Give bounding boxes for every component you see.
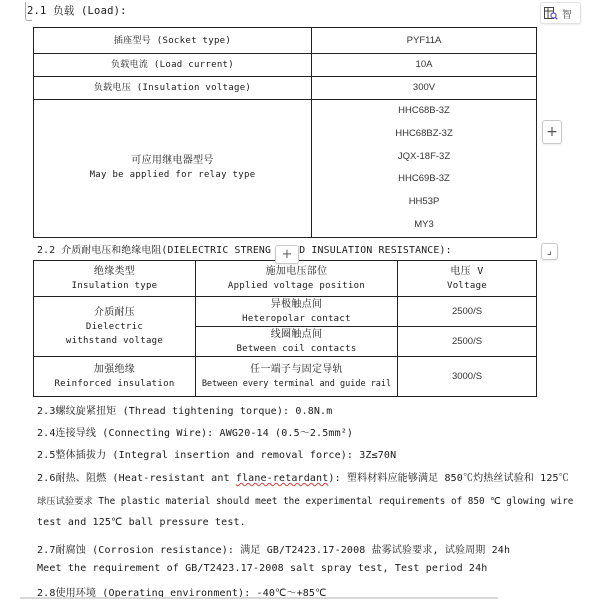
load-current-label: 负载电流 (Load current): [34, 54, 312, 77]
reinforced-type-cell: 加强绝缘 Reinforced insulation: [34, 357, 196, 397]
relay-type-item: JQX-18F-3Z: [312, 146, 536, 169]
header-cn: 绝缘类型: [34, 265, 195, 279]
smart-tool-button[interactable]: 智: [540, 2, 581, 24]
section-2-2-heading-pre: 2.2 介质耐电压和绝缘电阻(DIELECTRIC STRENG: [37, 245, 271, 256]
header-cn: 施加电压部位: [196, 265, 397, 279]
position-en: Heteropolar contact: [196, 312, 397, 326]
position-cn: 任一端子与固定导轨: [196, 363, 397, 377]
load-current-value: 10A: [312, 54, 537, 77]
paragraph-2-7-line-2: Meet the requirement of GB/T2423.17-2008…: [37, 563, 487, 574]
relay-type-item: MY3: [312, 214, 536, 237]
relay-type-label-cn: 可应用继电器型号: [34, 154, 311, 168]
table-row: 负载电流 (Load current) 10A: [34, 54, 537, 77]
paragraph-2-5: 2.5整体插拔力 (Integral insertion and removal…: [37, 446, 396, 461]
header-applied-voltage-position: 施加电压部位 Applied voltage position: [196, 261, 398, 297]
dielectric-type-cn: 介质耐压: [34, 306, 195, 320]
relay-type-list: HHC68B-3Z HHC68BZ-3Z JQX-18F-3Z HHC69B-3…: [312, 100, 537, 238]
paragraph-2-7-line-1: 2.7耐腐蚀 (Corrosion resistance): 满足 GB/T24…: [37, 541, 510, 556]
relay-type-item: HH53P: [312, 191, 536, 214]
paragraph-text: ): 塑料材料应能够满足 850℃灼热丝试验和 125℃: [328, 473, 568, 484]
dielectric-type-cell: 介质耐压 Dielectric withstand voltage: [34, 297, 196, 357]
relay-type-item: HHC68B-3Z: [312, 100, 536, 123]
paragraph-text: 2.6耐热、阻燃 (Heat-resistant ant: [37, 473, 236, 484]
dielectric-table: 绝缘类型 Insulation type 施加电压部位 Applied volt…: [33, 260, 537, 397]
load-table: 插座型号 (Socket type) PYF11A 负载电流 (Load cur…: [33, 27, 537, 238]
position-terminal-guide-rail: 任一端子与固定导轨 Between every terminal and gui…: [196, 357, 398, 397]
header-en: Insulation type: [34, 279, 195, 293]
dielectric-type-en-2: withstand voltage: [34, 334, 195, 348]
table-header-row: 绝缘类型 Insulation type 施加电压部位 Applied volt…: [34, 261, 537, 297]
position-cn: 线圈触点间: [196, 328, 397, 342]
reinforced-type-cn: 加强绝缘: [34, 363, 195, 377]
header-en: Voltage: [398, 279, 536, 293]
resize-corner-icon: ⌟: [547, 246, 552, 257]
relay-type-item: HHC68BZ-3Z: [312, 123, 536, 146]
dielectric-type-en-1: Dielectric: [34, 320, 195, 334]
table-row: 加强绝缘 Reinforced insulation 任一端子与固定导轨 Bet…: [34, 357, 537, 397]
header-cn: 电压 V: [398, 265, 536, 279]
paragraph-2-6-line-3: test and 125℃ ball pressure test.: [37, 517, 246, 528]
table-row: 负载电压 (Insulation voltage) 300V: [34, 77, 537, 100]
smart-tool-label: 智: [562, 6, 572, 21]
paragraph-2-3: 2.3螺纹旋紧扭矩 (Thread tightening torque): 0.…: [37, 402, 332, 417]
page-bottom-edge: [20, 597, 498, 599]
add-row-button[interactable]: +: [542, 120, 562, 144]
header-insulation-type: 绝缘类型 Insulation type: [34, 261, 196, 297]
section-2-2-heading: 2.2 介质耐电压和绝缘电阻(DIELECTRIC STRENGND INSUL…: [37, 242, 452, 256]
table-resize-handle[interactable]: ⌟: [541, 243, 558, 260]
insert-column-button[interactable]: +: [275, 245, 299, 264]
section-2-2-heading-post: ND INSULATION RESISTANCE):: [293, 245, 452, 256]
section-2-1-heading: 2.1 负载 (Load):: [27, 3, 127, 18]
table-row: 插座型号 (Socket type) PYF11A: [34, 28, 537, 54]
load-voltage-value: 300V: [312, 77, 537, 100]
table-row: 介质耐压 Dielectric withstand voltage 异极触点间 …: [34, 297, 537, 327]
plus-icon: +: [546, 124, 558, 140]
paragraph-2-6-line-2: 球压试验要求 The plastic material should meet …: [37, 493, 573, 507]
header-voltage: 电压 V Voltage: [398, 261, 537, 297]
position-cn: 异极触点间: [196, 298, 397, 312]
position-coil-contacts: 线圈触点间 Between coil contacts: [196, 327, 398, 357]
position-en: Between every terminal and guide rail: [196, 377, 397, 391]
voltage-heteropolar: 2500/S: [398, 297, 537, 327]
relay-type-label: 可应用继电器型号 May be applied for relay type: [34, 100, 312, 238]
paragraph-2-4: 2.4连接导线 (Connecting Wire): AWG20-14 (0.5…: [37, 424, 353, 439]
spellcheck-flagged-word[interactable]: flane-retardant: [236, 473, 329, 484]
header-en: Applied voltage position: [196, 279, 397, 293]
socket-type-value: PYF11A: [312, 28, 537, 54]
paragraph-2-6-line-1: 2.6耐热、阻燃 (Heat-resistant ant flane-retar…: [37, 469, 569, 484]
relay-type-label-en: May be applied for relay type: [34, 168, 311, 182]
voltage-reinforced: 3000/S: [398, 357, 537, 397]
table-search-icon: [544, 7, 558, 20]
socket-type-label: 插座型号 (Socket type): [34, 28, 312, 54]
position-heteropolar: 异极触点间 Heteropolar contact: [196, 297, 398, 327]
relay-type-item: HHC69B-3Z: [312, 168, 536, 191]
position-en: Between coil contacts: [196, 342, 397, 356]
voltage-coil-contacts: 2500/S: [398, 327, 537, 357]
reinforced-type-en: Reinforced insulation: [34, 377, 195, 391]
load-voltage-label: 负载电压 (Insulation voltage): [34, 77, 312, 100]
table-row: 可应用继电器型号 May be applied for relay type H…: [34, 100, 537, 238]
plus-icon: +: [282, 247, 293, 262]
